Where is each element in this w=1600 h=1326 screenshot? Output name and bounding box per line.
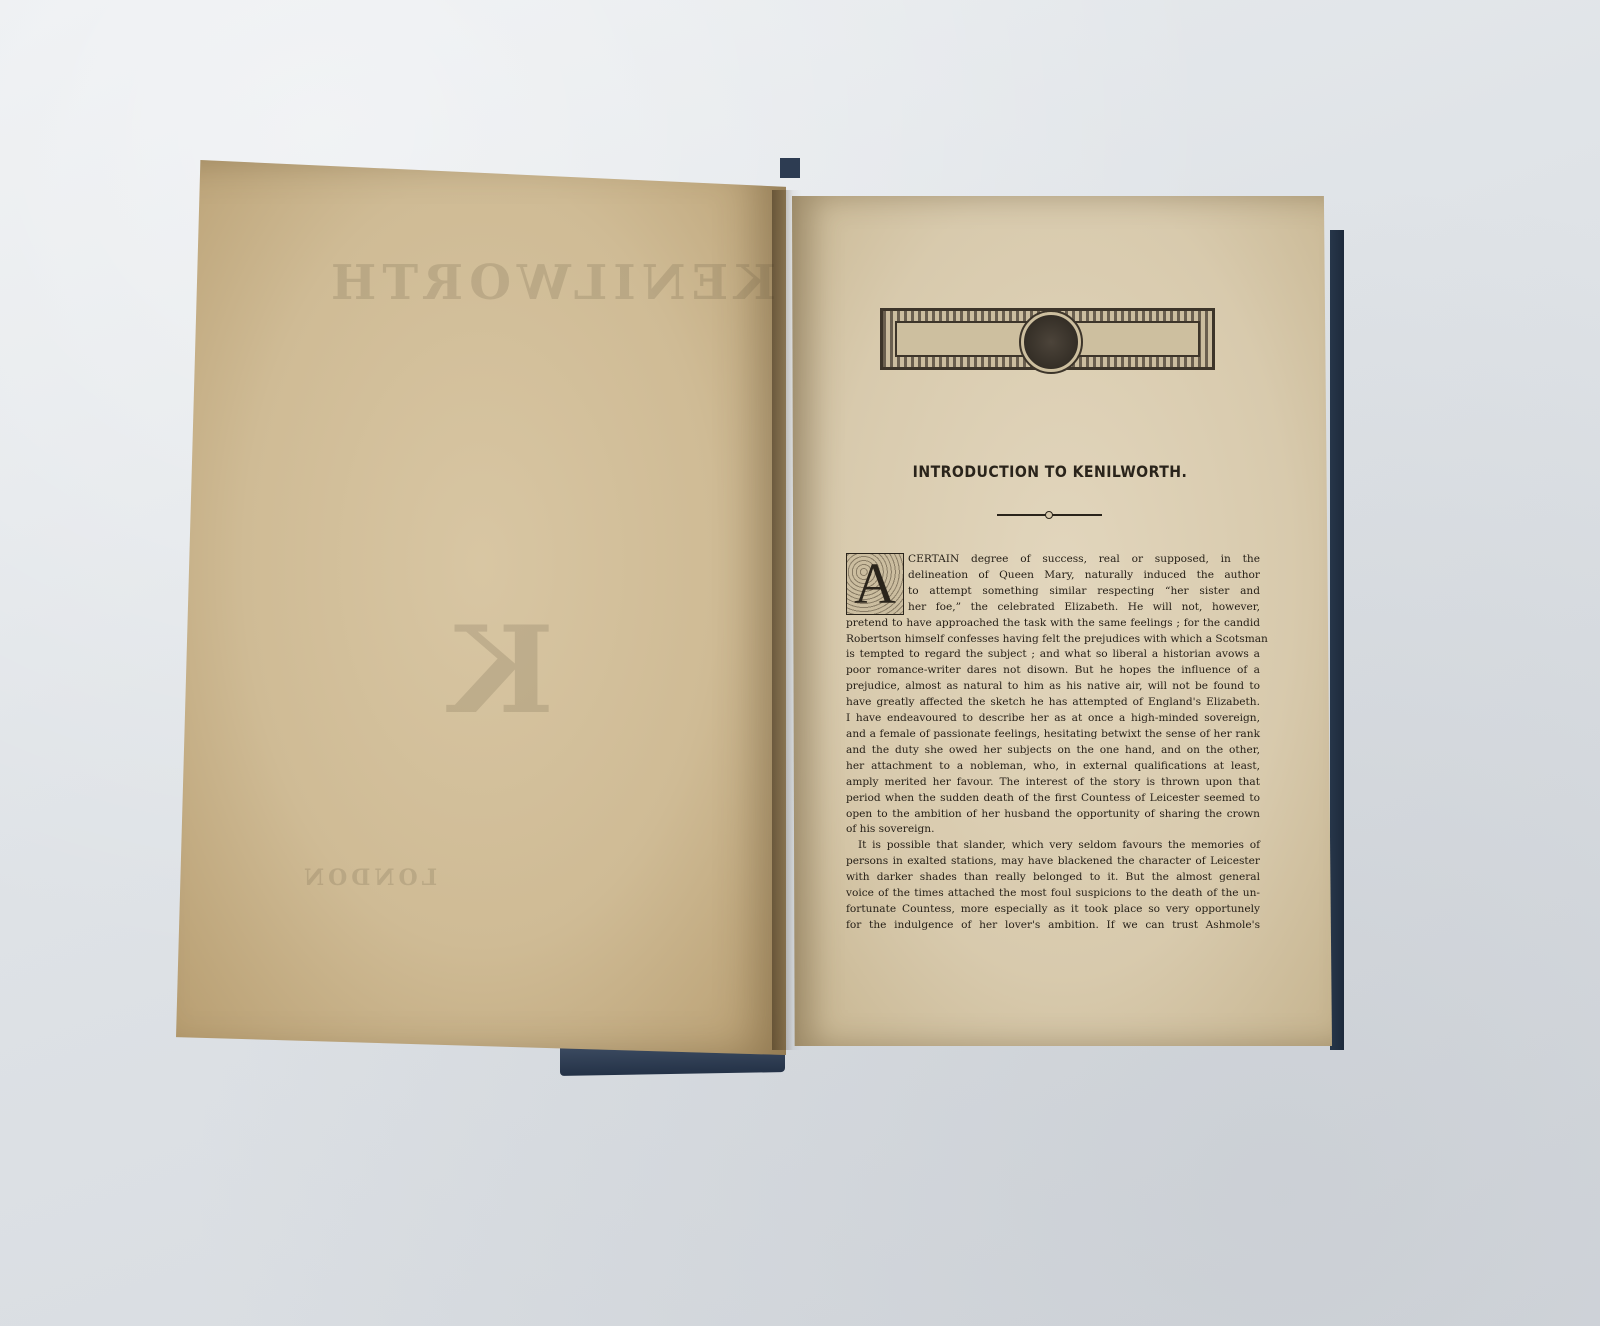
book-gutter	[772, 190, 802, 1050]
book-cover-spine-top	[780, 158, 800, 178]
show-through-title: KENILWORTH	[325, 255, 776, 311]
text-line: I have endeavoured to describe her as at…	[846, 711, 1260, 727]
show-through-imprint: LONDON	[300, 865, 437, 891]
text-line: amply merited her favour. The interest o…	[846, 775, 1260, 791]
text-line: It is possible that slander, which very …	[846, 838, 1260, 854]
text-line: and the duty she owed her subjects on th…	[846, 743, 1260, 759]
text-line: CERTAIN degree of success, real or suppo…	[846, 552, 1260, 568]
text-line: her foe,” the celebrated Elizabeth. He w…	[846, 600, 1260, 616]
body-text: CERTAIN degree of success, real or suppo…	[846, 552, 1260, 934]
text-line: Robertson himself confesses having felt …	[846, 632, 1260, 648]
text-line: of his sovereign.	[846, 822, 1260, 838]
text-line: pretend to have approached the task with…	[846, 616, 1260, 632]
text-line: period when the sudden death of the firs…	[846, 791, 1260, 807]
text-line: voice of the times attached the most fou…	[846, 886, 1260, 902]
text-line: with darker shades than really belonged …	[846, 870, 1260, 886]
show-through-letter: K	[450, 600, 554, 741]
text-line: fortunate Countess, more especially as i…	[846, 902, 1260, 918]
headpiece-medallion-icon	[1021, 312, 1081, 372]
text-line: open to the ambition of her husband the …	[846, 807, 1260, 823]
text-line: and a female of passionate feelings, hes…	[846, 727, 1260, 743]
text-line: persons in exalted stations, may have bl…	[846, 854, 1260, 870]
ornamental-headpiece-icon	[880, 308, 1215, 370]
chapter-title: INTRODUCTION TO KENILWORTH.	[848, 462, 1253, 481]
text-line: to attempt something similar respecting …	[846, 584, 1260, 600]
ornamental-rule	[997, 514, 1102, 516]
text-line: poor romance-writer dares not disown. Bu…	[846, 663, 1260, 679]
book-cover-right-edge	[1330, 230, 1344, 1050]
text-line: for the indulgence of her lover's ambiti…	[846, 918, 1260, 934]
text-line: prejudice, almost as natural to him as h…	[846, 679, 1260, 695]
open-book: KENILWORTH K LONDON INTRODUCTION TO KENI…	[0, 0, 1600, 1326]
text-line: delineation of Queen Mary, naturally ind…	[846, 568, 1260, 584]
text-line: is tempted to regard the subject ; and w…	[846, 647, 1260, 663]
text-line: her attachment to a nobleman, who, in ex…	[846, 759, 1260, 775]
text-line: have greatly affected the sketch he has …	[846, 695, 1260, 711]
